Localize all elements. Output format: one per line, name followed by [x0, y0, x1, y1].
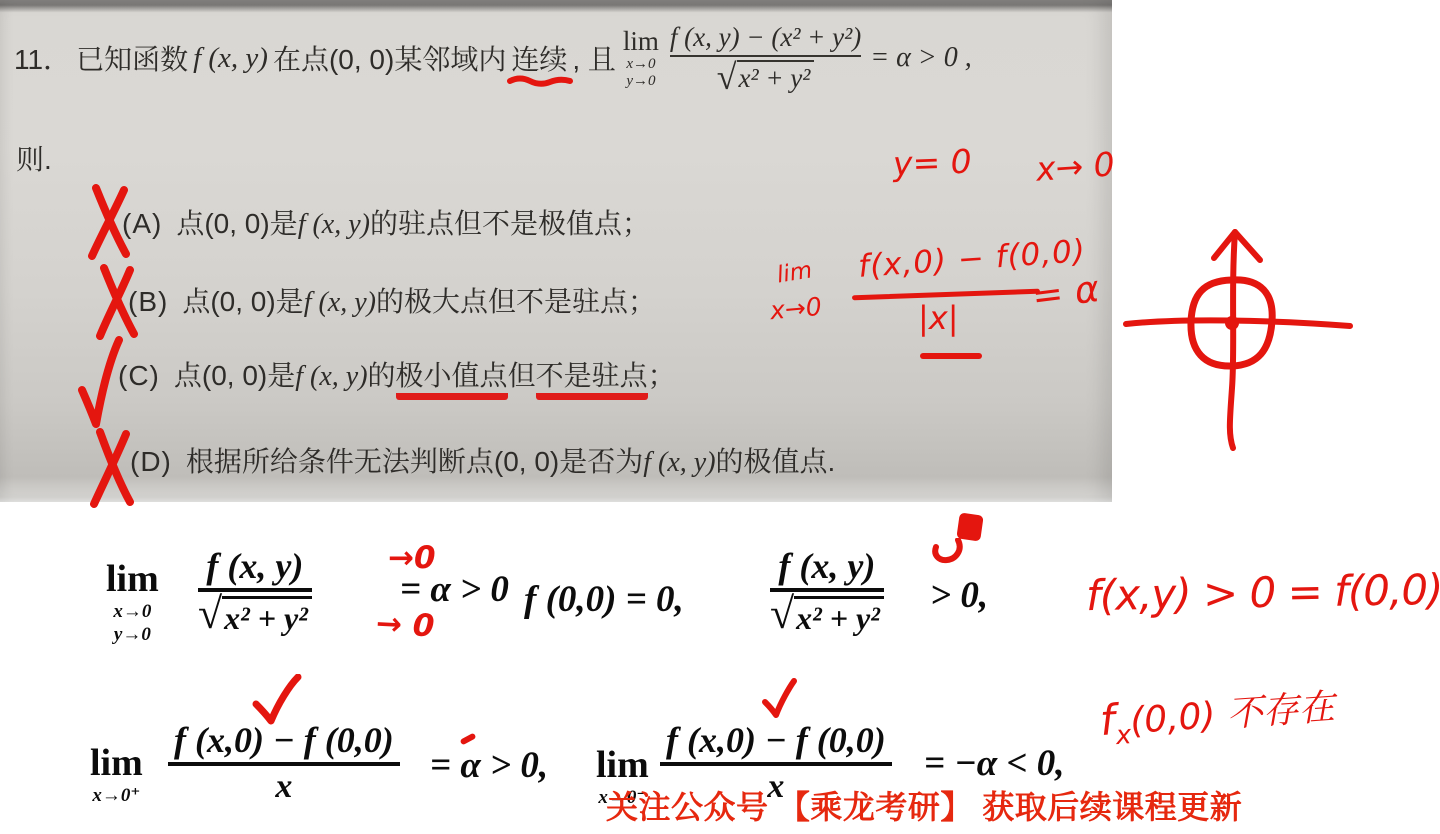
question-stem: 11． 已知函数 f (x, y) 在点(0, 0)某邻域内 连续 , 且 li… [14, 10, 1104, 106]
hand-equals-alpha: = α [1030, 270, 1101, 315]
option-B: (B) 点(0, 0)是f (x, y)的极大点但不是驻点； [128, 280, 656, 320]
check-mark-formula5 [760, 678, 798, 720]
stem-limit: lim x→0 y→0 [623, 28, 659, 89]
question-number: 11． [14, 38, 71, 78]
radical-sign: √ [717, 61, 737, 93]
check-mark-option-C [76, 336, 124, 434]
hand-note-x-to-0: x→ 0 [1035, 147, 1116, 185]
stem-fraction: f (x, y) − (x² + y²) √ x² + y² [670, 23, 861, 92]
channel-watermark: 关注公众号 【乘龙考研】 获取后续课程更新 [606, 782, 1242, 828]
red-wavy-underline [507, 75, 579, 89]
radical-sign: √ [770, 596, 794, 632]
check-mark-formula4 [250, 674, 302, 726]
formula4-fraction: f (x,0) − f (0,0) x [168, 722, 400, 804]
continuity-word: 连续 [511, 38, 567, 78]
underlined-min-point: 极小值点 [396, 360, 508, 400]
origin-dot [1225, 316, 1239, 330]
hand-arrow-to-zero-bottom: → 0 [375, 608, 435, 642]
stem-text-post: , 且 [572, 38, 616, 78]
hand-lim-word: lim [775, 259, 813, 287]
hand-note-fx-not-exist: fx(0,0) 不存在 [1099, 684, 1337, 750]
option-A: (A) 点(0, 0)是f (x, y)的驻点但不是极值点； [122, 202, 650, 242]
radical-sign: √ [198, 596, 222, 632]
hand-note-f-positive: f(x,y) > 0 = f(0,0) [1086, 569, 1440, 617]
fraction-bar [670, 55, 861, 58]
hand-lim-subscript: x→0 [769, 294, 823, 323]
underlined-not-stationary: 不是驻点 [536, 360, 648, 400]
stem-fxy: f (x, y) [193, 42, 268, 75]
option-C: (C) 点(0, 0)是f (x, y)的极小值点但不是驻点； [118, 354, 676, 394]
formula1-limit: lim x→0 y→0 [106, 560, 159, 644]
hand-abs-x-underline [920, 353, 982, 359]
formula1-fraction: f (x, y) √x² + y² [198, 548, 312, 634]
cross-mark-option-A [86, 184, 134, 260]
hand-arrow-to-zero-top: →0 [388, 543, 436, 574]
formula4-tail: = α > 0, [430, 744, 548, 787]
formula2-f00: f (0,0) = 0, [524, 578, 684, 621]
formula4-limit: lim x→0⁺ [90, 744, 143, 805]
hand-fraction-denominator: |x| [918, 302, 959, 334]
cross-mark-option-D [88, 428, 138, 508]
red-marker-hook [928, 538, 964, 568]
stem-text-mid: 在点(0, 0)某邻域内 [273, 38, 506, 78]
formula3-fraction: f (x, y) √x² + y² [770, 548, 884, 634]
formula5-tail: = −α < 0, [924, 742, 1065, 785]
hand-note-y-equals-0: y= 0 [892, 145, 972, 181]
then-label: 则. [16, 138, 52, 178]
lecture-frame: 11． 已知函数 f (x, y) 在点(0, 0)某邻域内 连续 , 且 li… [0, 0, 1440, 834]
neighborhood-sketch [1122, 218, 1356, 458]
cross-mark-option-B [94, 264, 142, 340]
stem-tail: = α > 0 , [870, 42, 972, 74]
option-D: (D) 根据所给条件无法判断点(0, 0)是否为f (x, y)的极值点. [130, 440, 835, 480]
formula3-tail: > 0, [930, 574, 988, 617]
stem-text-pre: 已知函数 [76, 38, 188, 78]
